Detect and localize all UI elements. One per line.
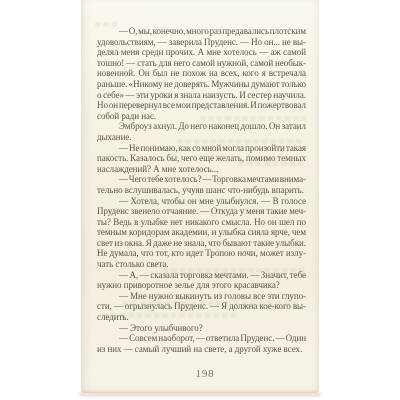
text-line: сти, — огрызнулась Пруденс. — Я должна к…: [97, 301, 306, 312]
text-line: — Этого улыбчивого?: [97, 323, 306, 334]
text-line: — Чего тебе хотелось? — Торговка мечтами…: [97, 174, 306, 185]
text-line: нужно приворотное зелье для этого красав…: [97, 280, 306, 291]
text-line: новенной. Он был не похож на всех, кого …: [97, 68, 306, 79]
text-line: Пруденс звенело отчаяние. — Откуда у мен…: [97, 206, 306, 217]
page-edge-shadow: [79, 391, 321, 398]
text-line: темным коридорам академии, и улыбка сиял…: [97, 227, 306, 238]
text-line: — Хотела, чтобы он мне улыбнулся. — В го…: [97, 196, 306, 207]
text-line: Но он перевернул все мои представления. …: [97, 100, 306, 111]
text-line: тельно вслушивалась, учуяв шанс что-нибу…: [97, 185, 306, 196]
text-line: — А, — сказала торговка мечтами. — Значи…: [97, 270, 306, 281]
text-line: из них — самый лучший на свете, а другой…: [97, 344, 306, 355]
text-line: — Совсем наоборот, — ответила Пруденс. —…: [97, 333, 306, 344]
text-line: Эмброуз ахнул. До него наконец дошло. Он…: [97, 121, 306, 132]
text-line: наслаждений? А мне хотелось...: [97, 164, 306, 175]
text-line: — О, мы, конечно, много раз предавались …: [97, 26, 306, 37]
text-line: о себе» — эти уроки я знала наизусть. И …: [97, 90, 306, 101]
text-line: — Мне нужно выкинуть из головы все эти г…: [97, 291, 306, 302]
text-line: Не думала, что тот, кто идет Тропою ночи…: [97, 248, 306, 259]
text-line: раньше. «Никому не доверять. Мужчины дум…: [97, 79, 306, 90]
text-line: удовольствиям, — заверила Пруденс. — Но …: [97, 37, 306, 48]
page-number: 198: [196, 369, 215, 380]
text-line: следить.: [97, 312, 306, 323]
book-page-photo: — О, мы, конечно, много раз предавались …: [0, 0, 400, 400]
page-text: — О, мы, конечно, много раз предавались …: [97, 26, 306, 354]
text-line: свет из окна. Я даже не знала, что бываю…: [97, 238, 306, 249]
text-line: тошно! — стать для него самой нужной, са…: [97, 58, 306, 69]
text-line: собой ради нас.: [97, 111, 306, 122]
text-line: — Не понимаю, как со мной могла произойт…: [97, 143, 306, 154]
text-line: ты? Ведь в улыбке нет никакого смысла. Н…: [97, 217, 306, 228]
text-line: чать столько света.: [97, 259, 306, 270]
book-page: — О, мы, конечно, много раз предавались …: [81, 0, 319, 393]
text-line: пакость. Казалось бы, чего еще желать, п…: [97, 153, 306, 164]
text-line: дыхание.: [97, 132, 306, 143]
text-line: делял меня среди прочих. А мне хотелось …: [97, 47, 306, 58]
